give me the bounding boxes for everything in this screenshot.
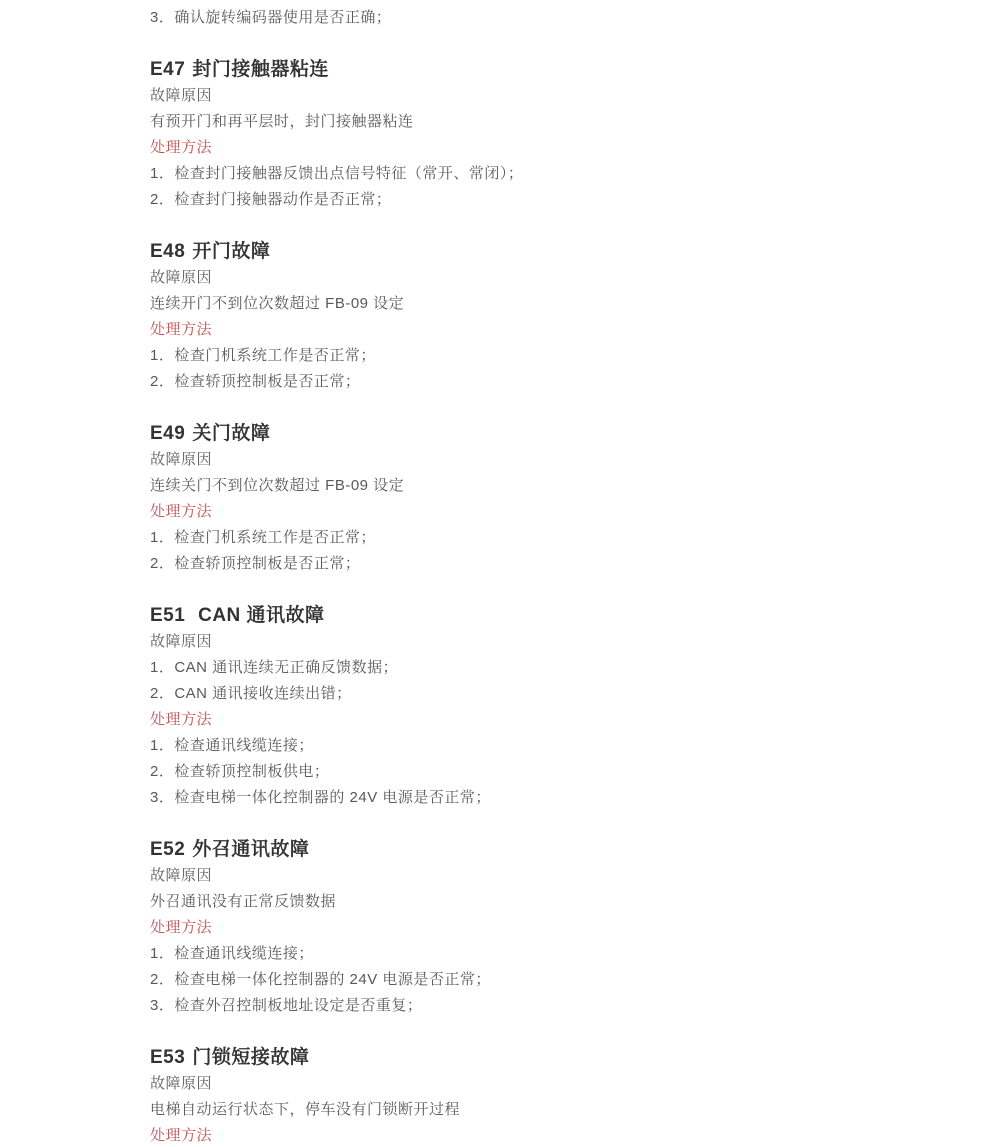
section-heading: E52外召通讯故障 [150,837,870,863]
method-label: 处理方法 [150,499,870,525]
cause-item: 2．CAN 通讯接收连续出错； [150,681,870,707]
fault-title: 门锁短接故障 [192,1047,309,1068]
method-label: 处理方法 [150,135,870,161]
section-e53: E53门锁短接故障 故障原因 电梯自动运行状态下，停车没有门锁断开过程 处理方法 [150,1045,870,1147]
section-e52: E52外召通讯故障 故障原因 外召通讯没有正常反馈数据 处理方法 1．检查通讯线… [150,837,870,1019]
fault-title: 开门故障 [192,241,270,262]
method-item: 3．检查外召控制板地址设定是否重复； [150,993,870,1019]
method-item: 2．检查轿顶控制板供电； [150,759,870,785]
method-item: 2．检查轿顶控制板是否正常； [150,369,870,395]
fault-title: 关门故障 [192,423,270,444]
fault-title: 外召通讯故障 [192,839,309,860]
cause-item: 1．CAN 通讯连续无正确反馈数据； [150,655,870,681]
method-label: 处理方法 [150,317,870,343]
list-item-continuation: 3．确认旋转编码器使用是否正确； [150,5,870,31]
section-heading: E49关门故障 [150,421,870,447]
section-heading: E51 CAN 通讯故障 [150,603,870,629]
cause-label: 故障原因 [150,629,870,655]
method-item: 1．检查通讯线缆连接； [150,941,870,967]
fault-code: E52 [150,839,185,860]
section-e47: E47封门接触器粘连 故障原因 有预开门和再平层时，封门接触器粘连 处理方法 1… [150,57,870,213]
cause-text: 外召通讯没有正常反馈数据 [150,889,870,915]
fault-code: E49 [150,423,185,444]
method-item: 1．检查门机系统工作是否正常； [150,525,870,551]
cause-text: 连续关门不到位次数超过 FB-09 设定 [150,473,870,499]
cause-label: 故障原因 [150,447,870,473]
cause-text: 连续开门不到位次数超过 FB-09 设定 [150,291,870,317]
method-item: 1．检查门机系统工作是否正常； [150,343,870,369]
section-heading: E48开门故障 [150,239,870,265]
method-item: 3．检查电梯一体化控制器的 24V 电源是否正常； [150,785,870,811]
section-heading: E53门锁短接故障 [150,1045,870,1071]
cause-label: 故障原因 [150,1071,870,1097]
cause-text: 有预开门和再平层时，封门接触器粘连 [150,109,870,135]
fault-code: E51 [150,605,185,626]
fault-code: E53 [150,1047,185,1068]
cause-text: 电梯自动运行状态下，停车没有门锁断开过程 [150,1097,870,1123]
fault-code: E48 [150,241,185,262]
cause-label: 故障原因 [150,863,870,889]
fault-title: 封门接触器粘连 [192,59,329,80]
section-e51: E51 CAN 通讯故障 故障原因 1．CAN 通讯连续无正确反馈数据； 2．C… [150,603,870,811]
fault-code: E47 [150,59,185,80]
method-label: 处理方法 [150,707,870,733]
section-e48: E48开门故障 故障原因 连续开门不到位次数超过 FB-09 设定 处理方法 1… [150,239,870,395]
cause-label: 故障原因 [150,265,870,291]
method-item: 2．检查轿顶控制板是否正常； [150,551,870,577]
method-label: 处理方法 [150,1123,870,1147]
method-label: 处理方法 [150,915,870,941]
section-heading: E47封门接触器粘连 [150,57,870,83]
method-item: 2．检查封门接触器动作是否正常； [150,187,870,213]
document-page: 3．确认旋转编码器使用是否正确； E47封门接触器粘连 故障原因 有预开门和再平… [0,0,910,1147]
method-item: 2．检查电梯一体化控制器的 24V 电源是否正常； [150,967,870,993]
method-item: 1．检查通讯线缆连接； [150,733,870,759]
method-item: 1．检查封门接触器反馈出点信号特征（常开、常闭）； [150,161,870,187]
section-e49: E49关门故障 故障原因 连续关门不到位次数超过 FB-09 设定 处理方法 1… [150,421,870,577]
cause-label: 故障原因 [150,83,870,109]
fault-title: CAN 通讯故障 [192,605,324,626]
